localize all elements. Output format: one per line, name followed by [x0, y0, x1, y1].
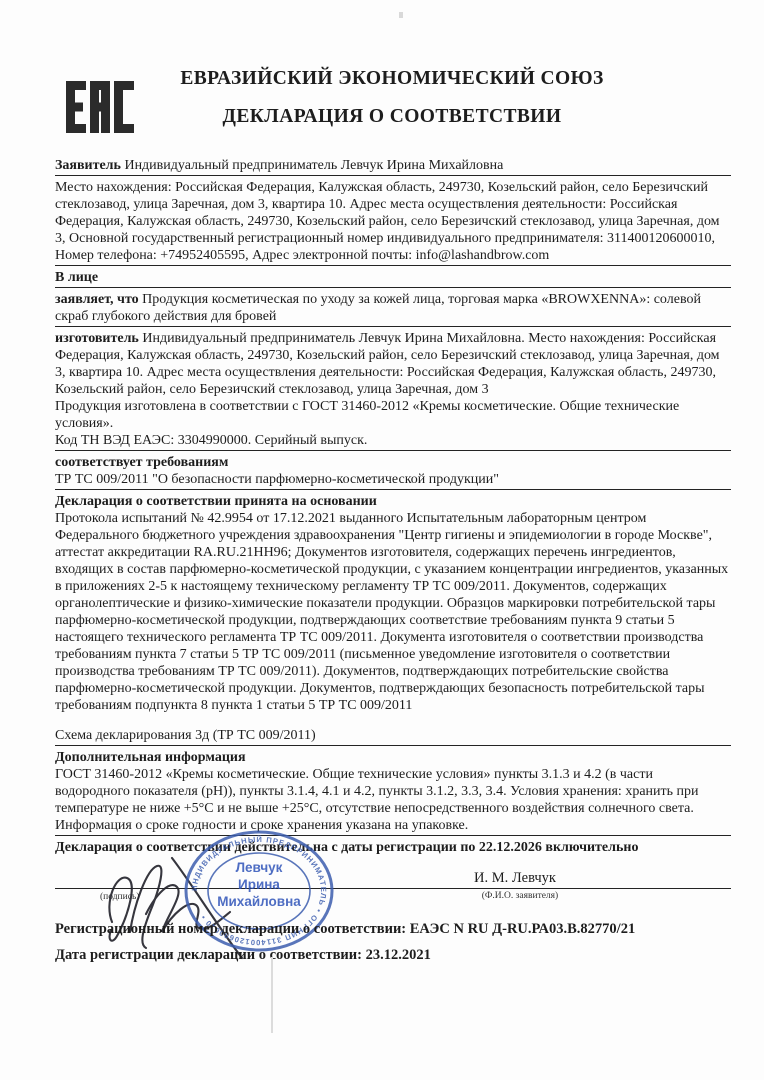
registration-number-value: ЕАЭС N RU Д-RU.РА03.В.82770/21 [410, 921, 635, 937]
applicant-fullname: И. М. Левчук [430, 870, 600, 887]
separator-line [55, 286, 731, 288]
complies-label-text: соответствует требованиям [55, 455, 228, 470]
stamp-name-line2: Ирина [238, 877, 280, 892]
additional-label: Дополнительная информация [55, 749, 731, 766]
separator-line [55, 488, 731, 490]
separator-line [55, 264, 731, 266]
declares-label: заявляет, что [55, 292, 139, 307]
manufacturer-paragraph: изготовитель Индивидуальный предпринимат… [55, 330, 731, 398]
applicant-label: Заявитель [55, 158, 121, 173]
complies-label: соответствует требованиям [55, 454, 731, 471]
basis-label: Декларация о соответствии принята на осн… [55, 493, 731, 510]
registration-number-label: Регистрационный номер декларации о соотв… [55, 921, 406, 937]
basis-label-text: Декларация о соответствии принята на осн… [55, 494, 377, 509]
separator-line [55, 449, 731, 451]
complies-value: ТР ТС 009/2011 "О безопасности парфюмерн… [55, 471, 731, 488]
document-title: ДЕКЛАРАЦИЯ О СООТВЕТСТВИИ [60, 106, 724, 128]
manufacturer-value: Индивидуальный предприниматель Левчук Ир… [55, 331, 720, 397]
registration-date-line: Дата регистрации декларации о соответств… [55, 947, 431, 964]
additional-label-text: Дополнительная информация [55, 750, 246, 765]
document-header: ЕВРАЗИЙСКИЙ ЭКОНОМИЧЕСКИЙ СОЮЗ ДЕКЛАРАЦИ… [60, 68, 724, 128]
stamp-name-line3: Михайловна [217, 894, 301, 909]
spacer [55, 714, 731, 727]
scan-artifact-speck [399, 12, 403, 18]
registration-date-label: Дата регистрации декларации о соответств… [55, 947, 362, 963]
declares-line: заявляет, что Продукция косметическая по… [55, 291, 731, 325]
tnved-code-line: Код ТН ВЭД ЕАЭС: 3304990000. Серийный вы… [55, 432, 731, 449]
stamp-name-line1: Левчук [236, 860, 283, 875]
union-title: ЕВРАЗИЙСКИЙ ЭКОНОМИЧЕСКИЙ СОЮЗ [60, 68, 724, 90]
in-person-label: В лице [55, 270, 98, 285]
declaration-document-page: ЕВРАЗИЙСКИЙ ЭКОНОМИЧЕСКИЙ СОЮЗ ДЕКЛАРАЦИ… [0, 0, 764, 1080]
scheme-line: Схема декларирования 3д (ТР ТС 009/2011) [55, 727, 731, 744]
applicant-address: Место нахождения: Российская Федерация, … [55, 179, 731, 264]
basis-text: Протокола испытаний № 42.9954 от 17.12.2… [55, 510, 731, 714]
round-stamp: ИНДИВИДУАЛЬНЫЙ ПРЕДПРИНИМАТЕЛЬ • ОГРНИП … [183, 829, 335, 958]
manufacturer-label: изготовитель [55, 331, 139, 346]
separator-line [55, 174, 731, 176]
applicant-value: Индивидуальный предприниматель Левчук Ир… [124, 158, 503, 173]
applicant-line: Заявитель Индивидуальный предприниматель… [55, 157, 731, 174]
in-person-line: В лице [55, 269, 731, 286]
fullname-caption: (Ф.И.О. заявителя) [440, 891, 600, 901]
scan-fold-line [271, 957, 273, 1033]
separator-line [55, 834, 731, 836]
registration-date-value: 23.12.2021 [366, 947, 431, 963]
production-note: Продукция изготовлена в соответствии с Г… [55, 398, 731, 432]
declares-value: Продукция косметическая по уходу за коже… [55, 292, 701, 324]
additional-text: ГОСТ 31460-2012 «Кремы косметические. Об… [55, 766, 731, 834]
separator-line [55, 325, 731, 327]
separator-line [55, 744, 731, 746]
registration-number-line: Регистрационный номер декларации о соотв… [55, 921, 635, 938]
document-body: Заявитель Индивидуальный предприниматель… [55, 157, 731, 856]
